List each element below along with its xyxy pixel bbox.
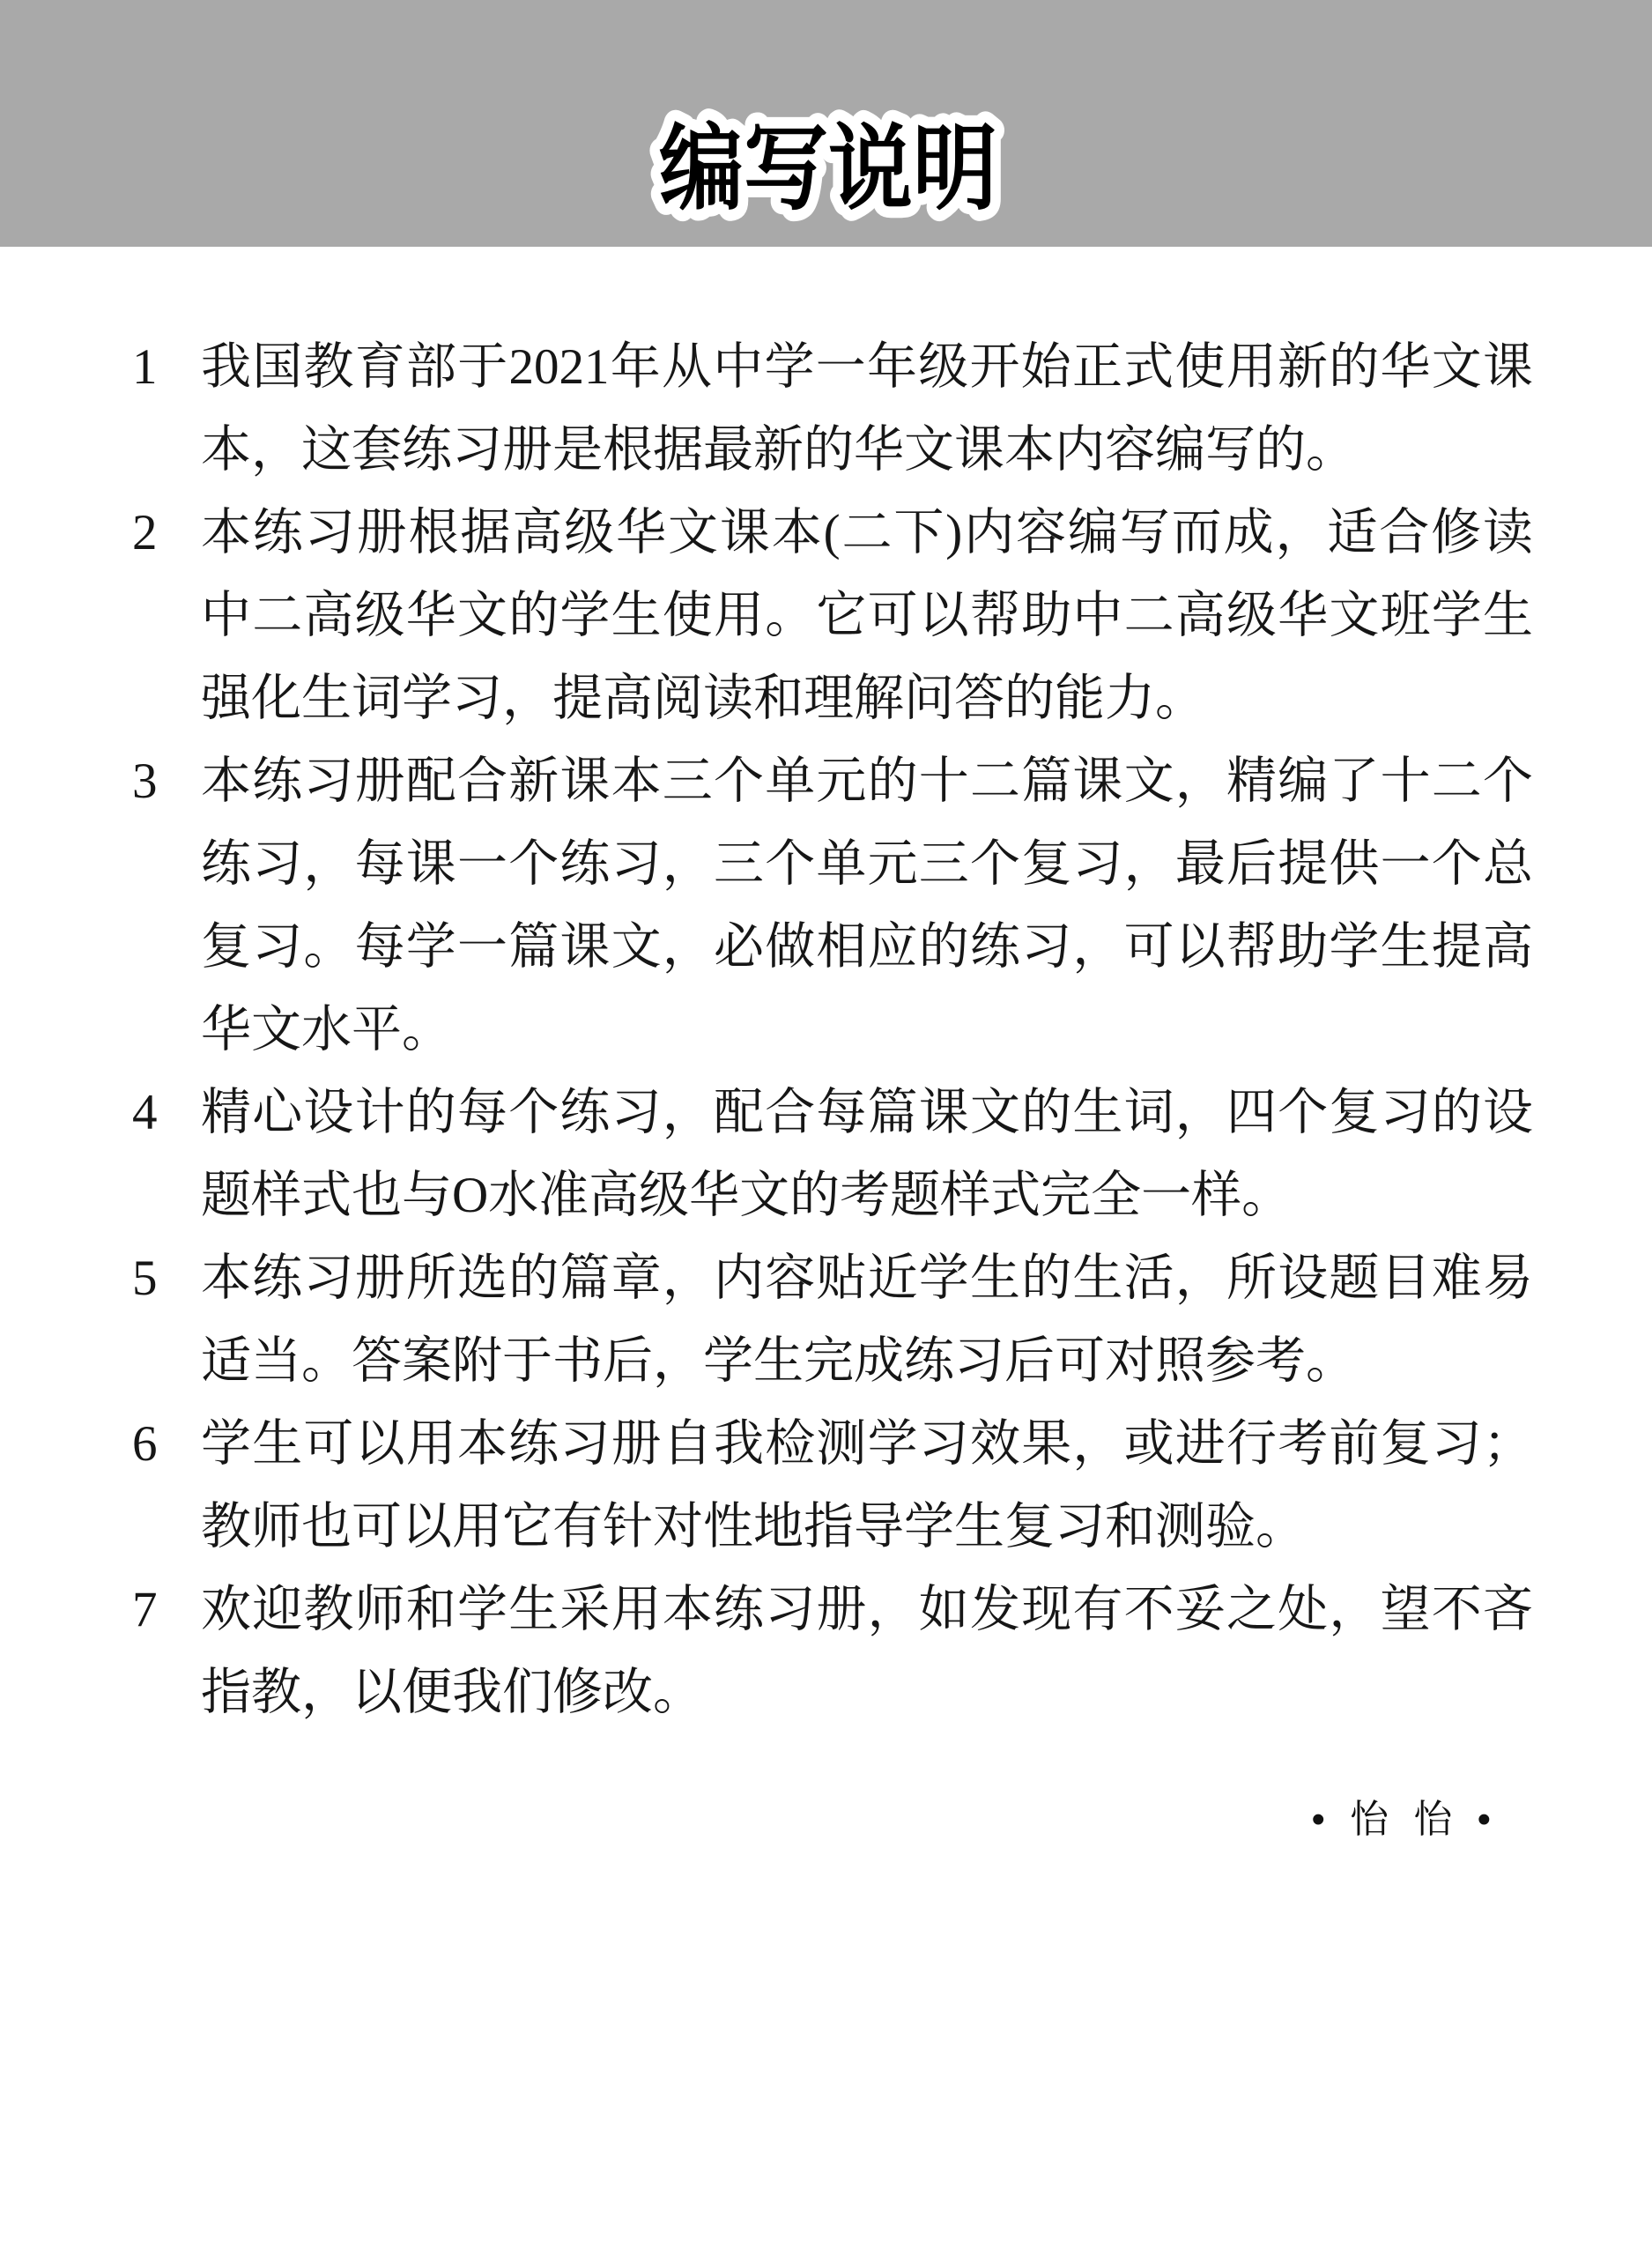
preface-body: 1 我国教育部于2021年从中学一年级开始正式使用新的华文课本，这套练习册是根据… (0, 247, 1652, 1844)
paragraph-item: 3 本练习册配合新课本三个单元的十二篇课文，精编了十二个练习，每课一个练习，三个… (132, 740, 1533, 1072)
paragraph-number: 4 (132, 1072, 201, 1237)
author-signature: • 怡 怡 • (132, 1787, 1533, 1844)
paragraph-text: 本练习册根据高级华文课本(二下)内容编写而成，适合修读中二高级华文的学生使用。它… (201, 492, 1533, 740)
paragraph-text: 本练习册配合新课本三个单元的十二篇课文，精编了十二个练习，每课一个练习，三个单元… (201, 740, 1533, 1072)
paragraph-number: 1 (132, 326, 201, 492)
paragraph-text: 欢迎教师和学生采用本练习册，如发现有不妥之处，望不吝指教，以便我们修改。 (201, 1569, 1533, 1734)
book-page: 编写说明 1 我国教育部于2021年从中学一年级开始正式使用新的华文课本，这套练… (0, 0, 1652, 2256)
header-band: 编写说明 (0, 0, 1652, 247)
paragraph-item: 7 欢迎教师和学生采用本练习册，如发现有不妥之处，望不吝指教，以便我们修改。 (132, 1569, 1533, 1734)
paragraph-item: 5 本练习册所选的篇章，内容贴近学生的生活，所设题目难易适当。答案附于书后，学生… (132, 1237, 1533, 1403)
paragraph-number: 6 (132, 1403, 201, 1569)
paragraph-item: 2 本练习册根据高级华文课本(二下)内容编写而成，适合修读中二高级华文的学生使用… (132, 492, 1533, 740)
page-title: 编写说明 (659, 117, 997, 221)
paragraph-number: 2 (132, 492, 201, 740)
paragraph-number: 7 (132, 1569, 201, 1734)
paragraph-number: 3 (132, 740, 201, 1072)
paragraph-text: 我国教育部于2021年从中学一年级开始正式使用新的华文课本，这套练习册是根据最新… (201, 326, 1533, 492)
title-graphic: 编写说明 (0, 0, 1652, 247)
paragraph-text: 学生可以用本练习册自我检测学习效果，或进行考前复习；教师也可以用它有针对性地指导… (201, 1403, 1533, 1569)
paragraph-text: 精心设计的每个练习，配合每篇课文的生词，四个复习的设题样式也与O水准高级华文的考… (201, 1072, 1533, 1237)
paragraph-number: 5 (132, 1237, 201, 1403)
paragraph-item: 1 我国教育部于2021年从中学一年级开始正式使用新的华文课本，这套练习册是根据… (132, 326, 1533, 492)
paragraph-item: 4 精心设计的每个练习，配合每篇课文的生词，四个复习的设题样式也与O水准高级华文… (132, 1072, 1533, 1237)
paragraph-text: 本练习册所选的篇章，内容贴近学生的生活，所设题目难易适当。答案附于书后，学生完成… (201, 1237, 1533, 1403)
paragraph-item: 6 学生可以用本练习册自我检测学习效果，或进行考前复习；教师也可以用它有针对性地… (132, 1403, 1533, 1569)
